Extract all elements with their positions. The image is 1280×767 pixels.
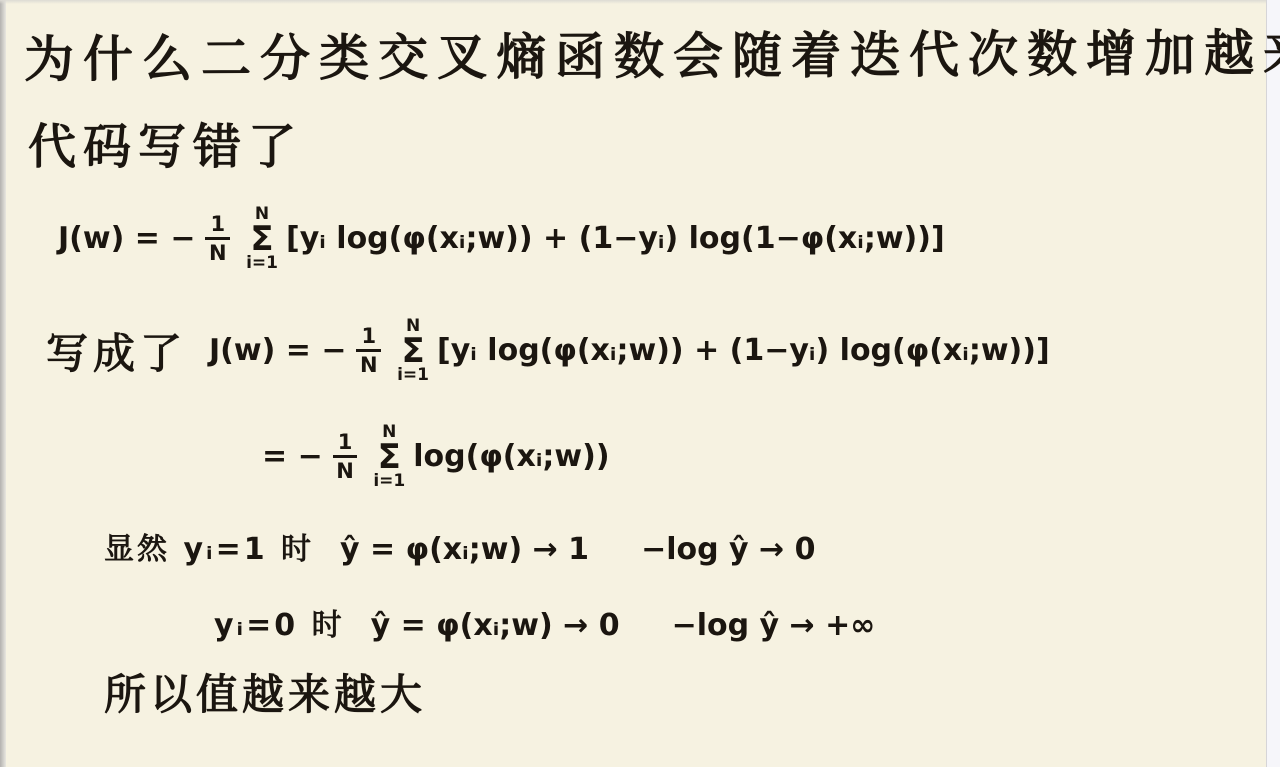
formula-correct-lhs: J(w) = − (58, 221, 195, 257)
case1-expression: ŷ = φ(xᵢ;w) → 1 (340, 532, 589, 567)
summation-lower-limit: i=1 (397, 367, 429, 384)
sigma-glyph: Σ (378, 441, 401, 473)
note-title: 为什么二分类交叉熵函数会随着迭代次数增加越来越大？ (24, 12, 1280, 92)
fraction-numerator: 1 (333, 431, 358, 458)
case-y-equals-1: 显然 yᵢ=1 时 ŷ = φ(xᵢ;w) → 1 −log ŷ → 0 (104, 524, 815, 568)
fraction-denominator: N (336, 458, 354, 483)
sigma-glyph: Σ (401, 335, 424, 367)
case1-condition: 显然 yᵢ=1 时 (104, 524, 314, 568)
summation-lower-limit: i=1 (373, 473, 405, 490)
summation-symbol: N Σ i=1 (246, 206, 278, 272)
fraction-numerator: 1 (356, 325, 381, 352)
fraction-numerator: 1 (205, 213, 230, 240)
formula-correct-loss: J(w) = − 1 N N Σ i=1 [yᵢ log(φ(xᵢ;w)) + … (58, 206, 945, 272)
formula-wrong-loss: 写成了 J(w) = − 1 N N Σ i=1 [yᵢ log(φ(xᵢ;w)… (46, 318, 1050, 384)
fraction-denominator: N (209, 240, 227, 265)
summation-symbol: N Σ i=1 (397, 318, 429, 384)
case2-expression: ŷ = φ(xᵢ;w) → 0 (371, 608, 620, 643)
case1-limit-result: −log ŷ → 0 (641, 532, 815, 567)
photo-edge-top (0, 0, 1280, 4)
formula-simplified-lhs: = − (262, 439, 323, 475)
formula-wrong-lhs: J(w) = − (209, 333, 346, 369)
formula-simplified-body: log(φ(xᵢ;w)) (413, 439, 609, 475)
note-conclusion: 所以值越来越大 (104, 662, 426, 722)
formula-correct-body: [yᵢ log(φ(xᵢ;w)) + (1−yᵢ) log(1−φ(xᵢ;w))… (286, 221, 945, 257)
photo-edge-right (1266, 0, 1280, 767)
handwritten-note-page: 为什么二分类交叉熵函数会随着迭代次数增加越来越大？ 代码写错了 J(w) = −… (0, 0, 1280, 767)
formula-simplified: = − 1 N N Σ i=1 log(φ(xᵢ;w)) (262, 424, 610, 490)
case-y-equals-0: yᵢ=0 时 ŷ = φ(xᵢ;w) → 0 −log ŷ → +∞ (214, 600, 875, 644)
formula-wrong-prefix: 写成了 (46, 321, 187, 381)
fraction-one-over-n: 1 N (333, 431, 358, 483)
summation-symbol: N Σ i=1 (373, 424, 405, 490)
case2-condition: yᵢ=0 时 (214, 600, 345, 644)
note-subtitle: 代码写错了 (28, 108, 303, 177)
fraction-one-over-n: 1 N (356, 325, 381, 377)
sigma-glyph: Σ (250, 223, 273, 255)
formula-wrong-body: [yᵢ log(φ(xᵢ;w)) + (1−yᵢ) log(φ(xᵢ;w))] (437, 333, 1050, 369)
case2-limit-result: −log ŷ → +∞ (672, 608, 876, 643)
summation-lower-limit: i=1 (246, 255, 278, 272)
fraction-denominator: N (360, 352, 378, 377)
fraction-one-over-n: 1 N (205, 213, 230, 265)
photo-edge-left (0, 0, 6, 767)
